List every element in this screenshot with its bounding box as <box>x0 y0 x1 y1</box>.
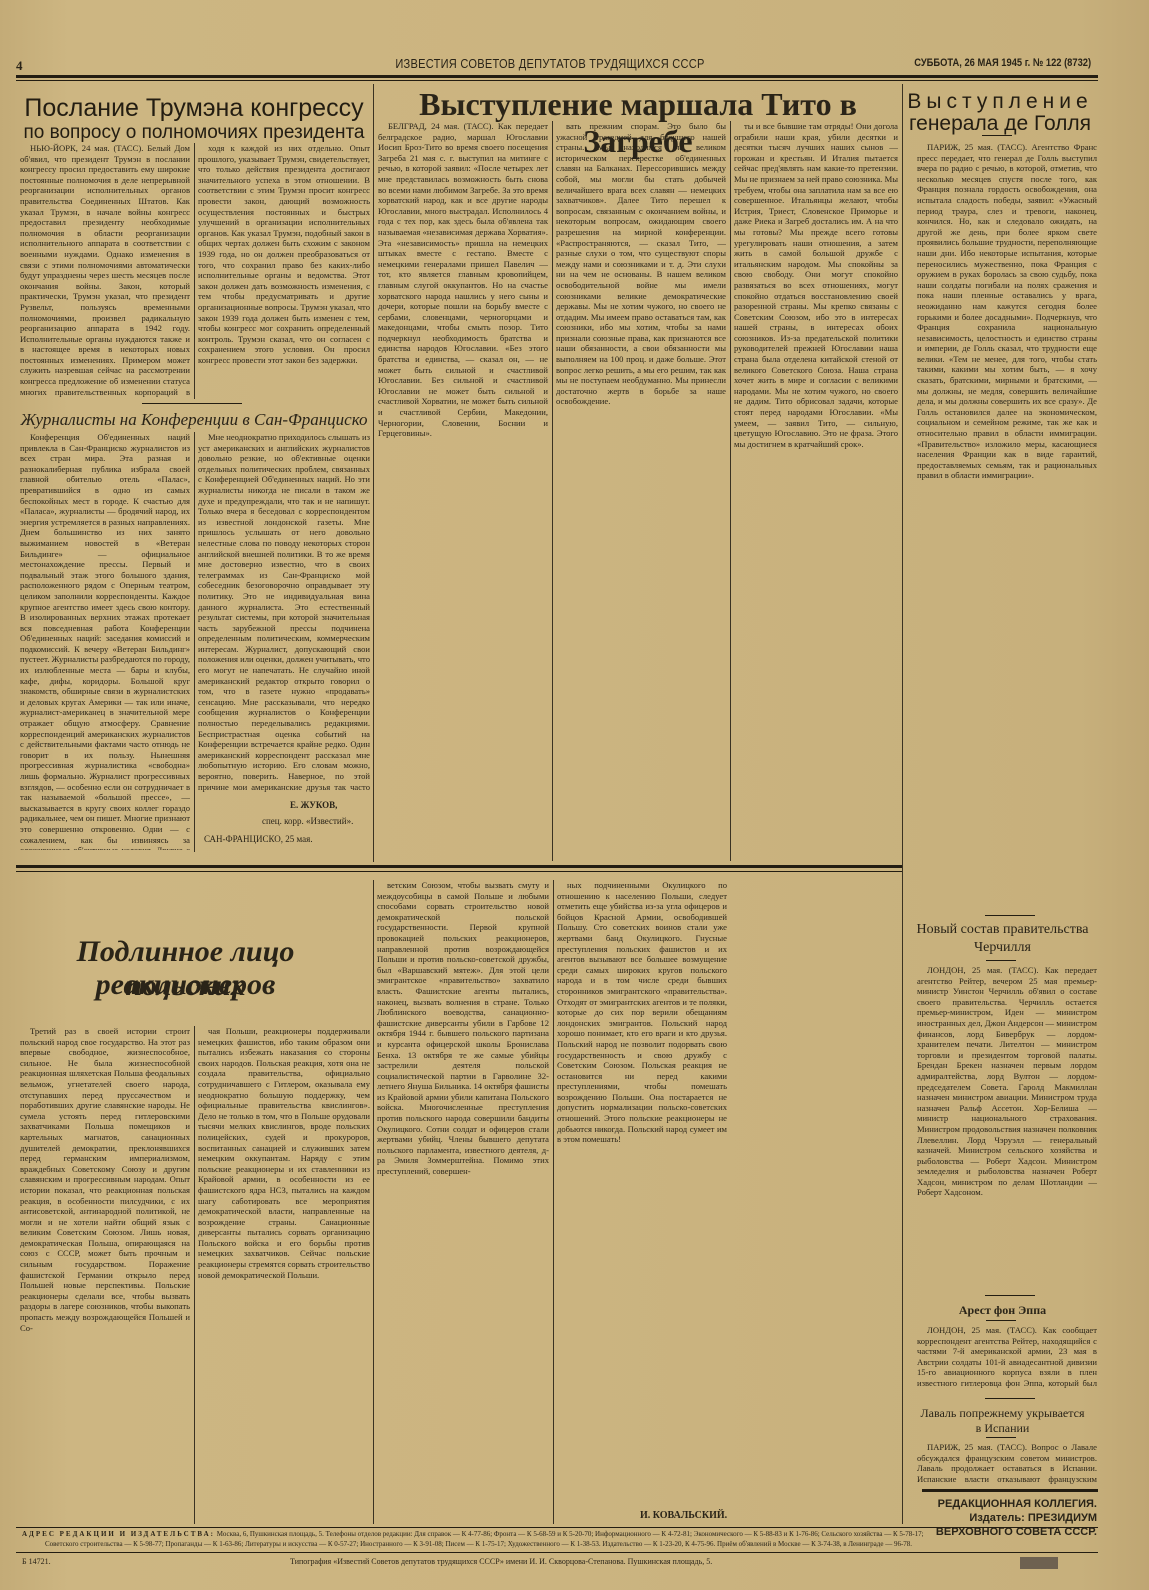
journalists-col-2: Мне неоднократно приходилось слышать из … <box>198 432 370 792</box>
tito-col-3: ты и все бывшие там отряды! Они догола о… <box>734 121 898 861</box>
divider <box>194 1026 195 1524</box>
polish-col-2: чая Польши, реакционеры поддерживали нем… <box>198 1026 370 1524</box>
article-text: ходя к каждой из них отдельно. Опыт прош… <box>198 143 370 365</box>
printer-info: Типография «Известий Советов депутатов т… <box>290 1557 712 1566</box>
article-text: чая Польши, реакционеры поддерживали нем… <box>198 1026 370 1280</box>
masthead-rule <box>16 75 1098 78</box>
polish-col-3: ветским Союзом, чтобы вызвать смуту и ме… <box>377 880 549 1524</box>
epp-headline: Арест фон Эппа <box>905 1303 1100 1318</box>
article-text: ных подчиненными Окулицкого по отношению… <box>557 880 727 1145</box>
separator <box>986 1320 1016 1321</box>
address-label: АДРЕС РЕДАКЦИИ И ИЗДАТЕЛЬСТВА: <box>22 1530 215 1538</box>
footer-address: АДРЕС РЕДАКЦИИ И ИЗДАТЕЛЬСТВА: Москва, 6… <box>22 1530 1097 1539</box>
article-text: Мне неоднократно приходилось слышать из … <box>198 432 370 792</box>
tito-col-1: БЕЛГРАД, 24 мая. (ТАСС). Как передает бе… <box>378 121 548 861</box>
truman-col-1: НЬЮ-ЙОРК, 24 мая. (ТАСС). Белый Дом об'я… <box>20 143 190 399</box>
article-text: ЛОНДОН, 25 мая. (ТАСС). Как сообщает кор… <box>917 1325 1097 1391</box>
stamp-mark <box>1020 1557 1058 1569</box>
article-text: вать прежним спорам. Это было бы ужасной… <box>556 121 726 407</box>
separator <box>986 960 1016 961</box>
divider <box>730 121 731 861</box>
laval-subheadline: в Испании <box>905 1421 1100 1436</box>
newspaper-page: 4 ИЗВЕСТИЯ СОВЕТОВ ДЕПУТАТОВ ТРУДЯЩИХСЯ … <box>0 0 1149 1590</box>
section-rule <box>16 865 902 868</box>
article-text: ПАРИЖ, 25 мая. (ТАСС). Агентство Франс п… <box>917 142 1097 481</box>
journalists-dateline: САН-ФРАНЦИСКО, 25 мая. <box>204 834 313 844</box>
gaulle-body: ПАРИЖ, 25 мая. (ТАСС). Агентство Франс п… <box>917 142 1097 912</box>
separator <box>982 135 1012 136</box>
journalists-headline: Журналисты на Конференции в Сан-Франциск… <box>18 410 370 430</box>
separator <box>142 403 242 404</box>
editorial-line: Издатель: ПРЕЗИДИУМ <box>905 1511 1097 1525</box>
truman-headline: Послание Трумэна конгрессу <box>18 94 370 123</box>
churchill-subheadline: Черчилля <box>905 940 1100 956</box>
section-rule-thin <box>16 871 902 872</box>
separator <box>985 1295 1035 1296</box>
divider <box>553 880 554 1524</box>
article-text: Конференция Об'единенных наций привлекла… <box>20 432 190 850</box>
journalists-author-role: спец. корр. «Известий». <box>262 816 353 826</box>
divider <box>194 143 195 399</box>
laval-body: ПАРИЖ, 25 мая. (ТАСС). Вопрос о Лавале о… <box>917 1442 1097 1486</box>
separator <box>922 1489 1098 1492</box>
editorial-line: РЕДАКЦИОННАЯ КОЛЛЕГИЯ. <box>905 1497 1097 1511</box>
polish-author: И. КОВАЛЬСКИЙ. <box>640 1510 727 1521</box>
journalists-col-1: Конференция Об'единенных наций привлекла… <box>20 432 190 850</box>
epp-body: ЛОНДОН, 25 мая. (ТАСС). Как сообщает кор… <box>917 1325 1097 1391</box>
truman-col-2: ходя к каждой из них отдельно. Опыт прош… <box>198 143 370 399</box>
divider <box>552 121 553 861</box>
polish-col-4: ных подчиненными Окулицкого по отношению… <box>557 880 727 1510</box>
article-text: ЛОНДОН, 25 мая. (ТАСС). Как передает аге… <box>917 965 1097 1198</box>
gaulle-headline: Выступление <box>905 90 1095 114</box>
churchill-body: ЛОНДОН, 25 мая. (ТАСС). Как передает аге… <box>917 965 1097 1291</box>
newspaper-title: ИЗВЕСТИЯ СОВЕТОВ ДЕПУТАТОВ ТРУДЯЩИХСЯ СС… <box>83 56 1018 71</box>
footer-rule <box>16 1552 1098 1553</box>
laval-headline: Лаваль попрежнему укрывается <box>905 1406 1100 1421</box>
journalists-author: Е. ЖУКОВ, <box>290 800 337 810</box>
article-text: ПАРИЖ, 25 мая. (ТАСС). Вопрос о Лавале о… <box>917 1442 1097 1486</box>
tito-col-2: вать прежним спорам. Это было бы ужасной… <box>556 121 726 861</box>
article-text: ты и все бывшие там отряды! Они догола о… <box>734 121 898 449</box>
address-line: Москва, 6, Пушкинская площадь, 5. Телефо… <box>217 1530 924 1538</box>
page-number: 4 <box>16 58 23 74</box>
divider <box>902 84 903 1524</box>
article-text: БЕЛГРАД, 24 мая. (ТАСС). Как передает бе… <box>378 121 548 439</box>
masthead-rule-thin <box>16 80 1098 81</box>
separator <box>986 1437 1016 1438</box>
divider <box>373 880 374 1524</box>
order-code: Б 14721. <box>22 1557 51 1566</box>
article-text: ветским Союзом, чтобы вызвать смуту и ме… <box>377 880 549 1177</box>
divider <box>194 432 195 852</box>
divider <box>373 84 374 862</box>
footer-address-2: Советского строительства — К 5-98-77; Пр… <box>45 1540 1095 1549</box>
footer-rule <box>16 1527 1098 1528</box>
truman-subheadline: по вопросу о полномочиях президента <box>18 122 370 144</box>
separator <box>985 915 1035 916</box>
separator <box>985 1398 1035 1399</box>
issue-date: СУББОТА, 26 МАЯ 1945 г. № 122 (8732) <box>914 57 1091 69</box>
churchill-headline: Новый состав правительства <box>905 922 1100 938</box>
article-text: Третий раз в своей истории строит польск… <box>20 1026 190 1333</box>
polish-col-1: Третий раз в своей истории строит польск… <box>20 1026 190 1524</box>
article-text: НЬЮ-ЙОРК, 24 мая. (ТАСС). Белый Дом об'я… <box>20 143 190 399</box>
gaulle-subheadline: генерала де Голля <box>905 112 1095 136</box>
polish-subheadline: реакционеров <box>18 968 353 1002</box>
